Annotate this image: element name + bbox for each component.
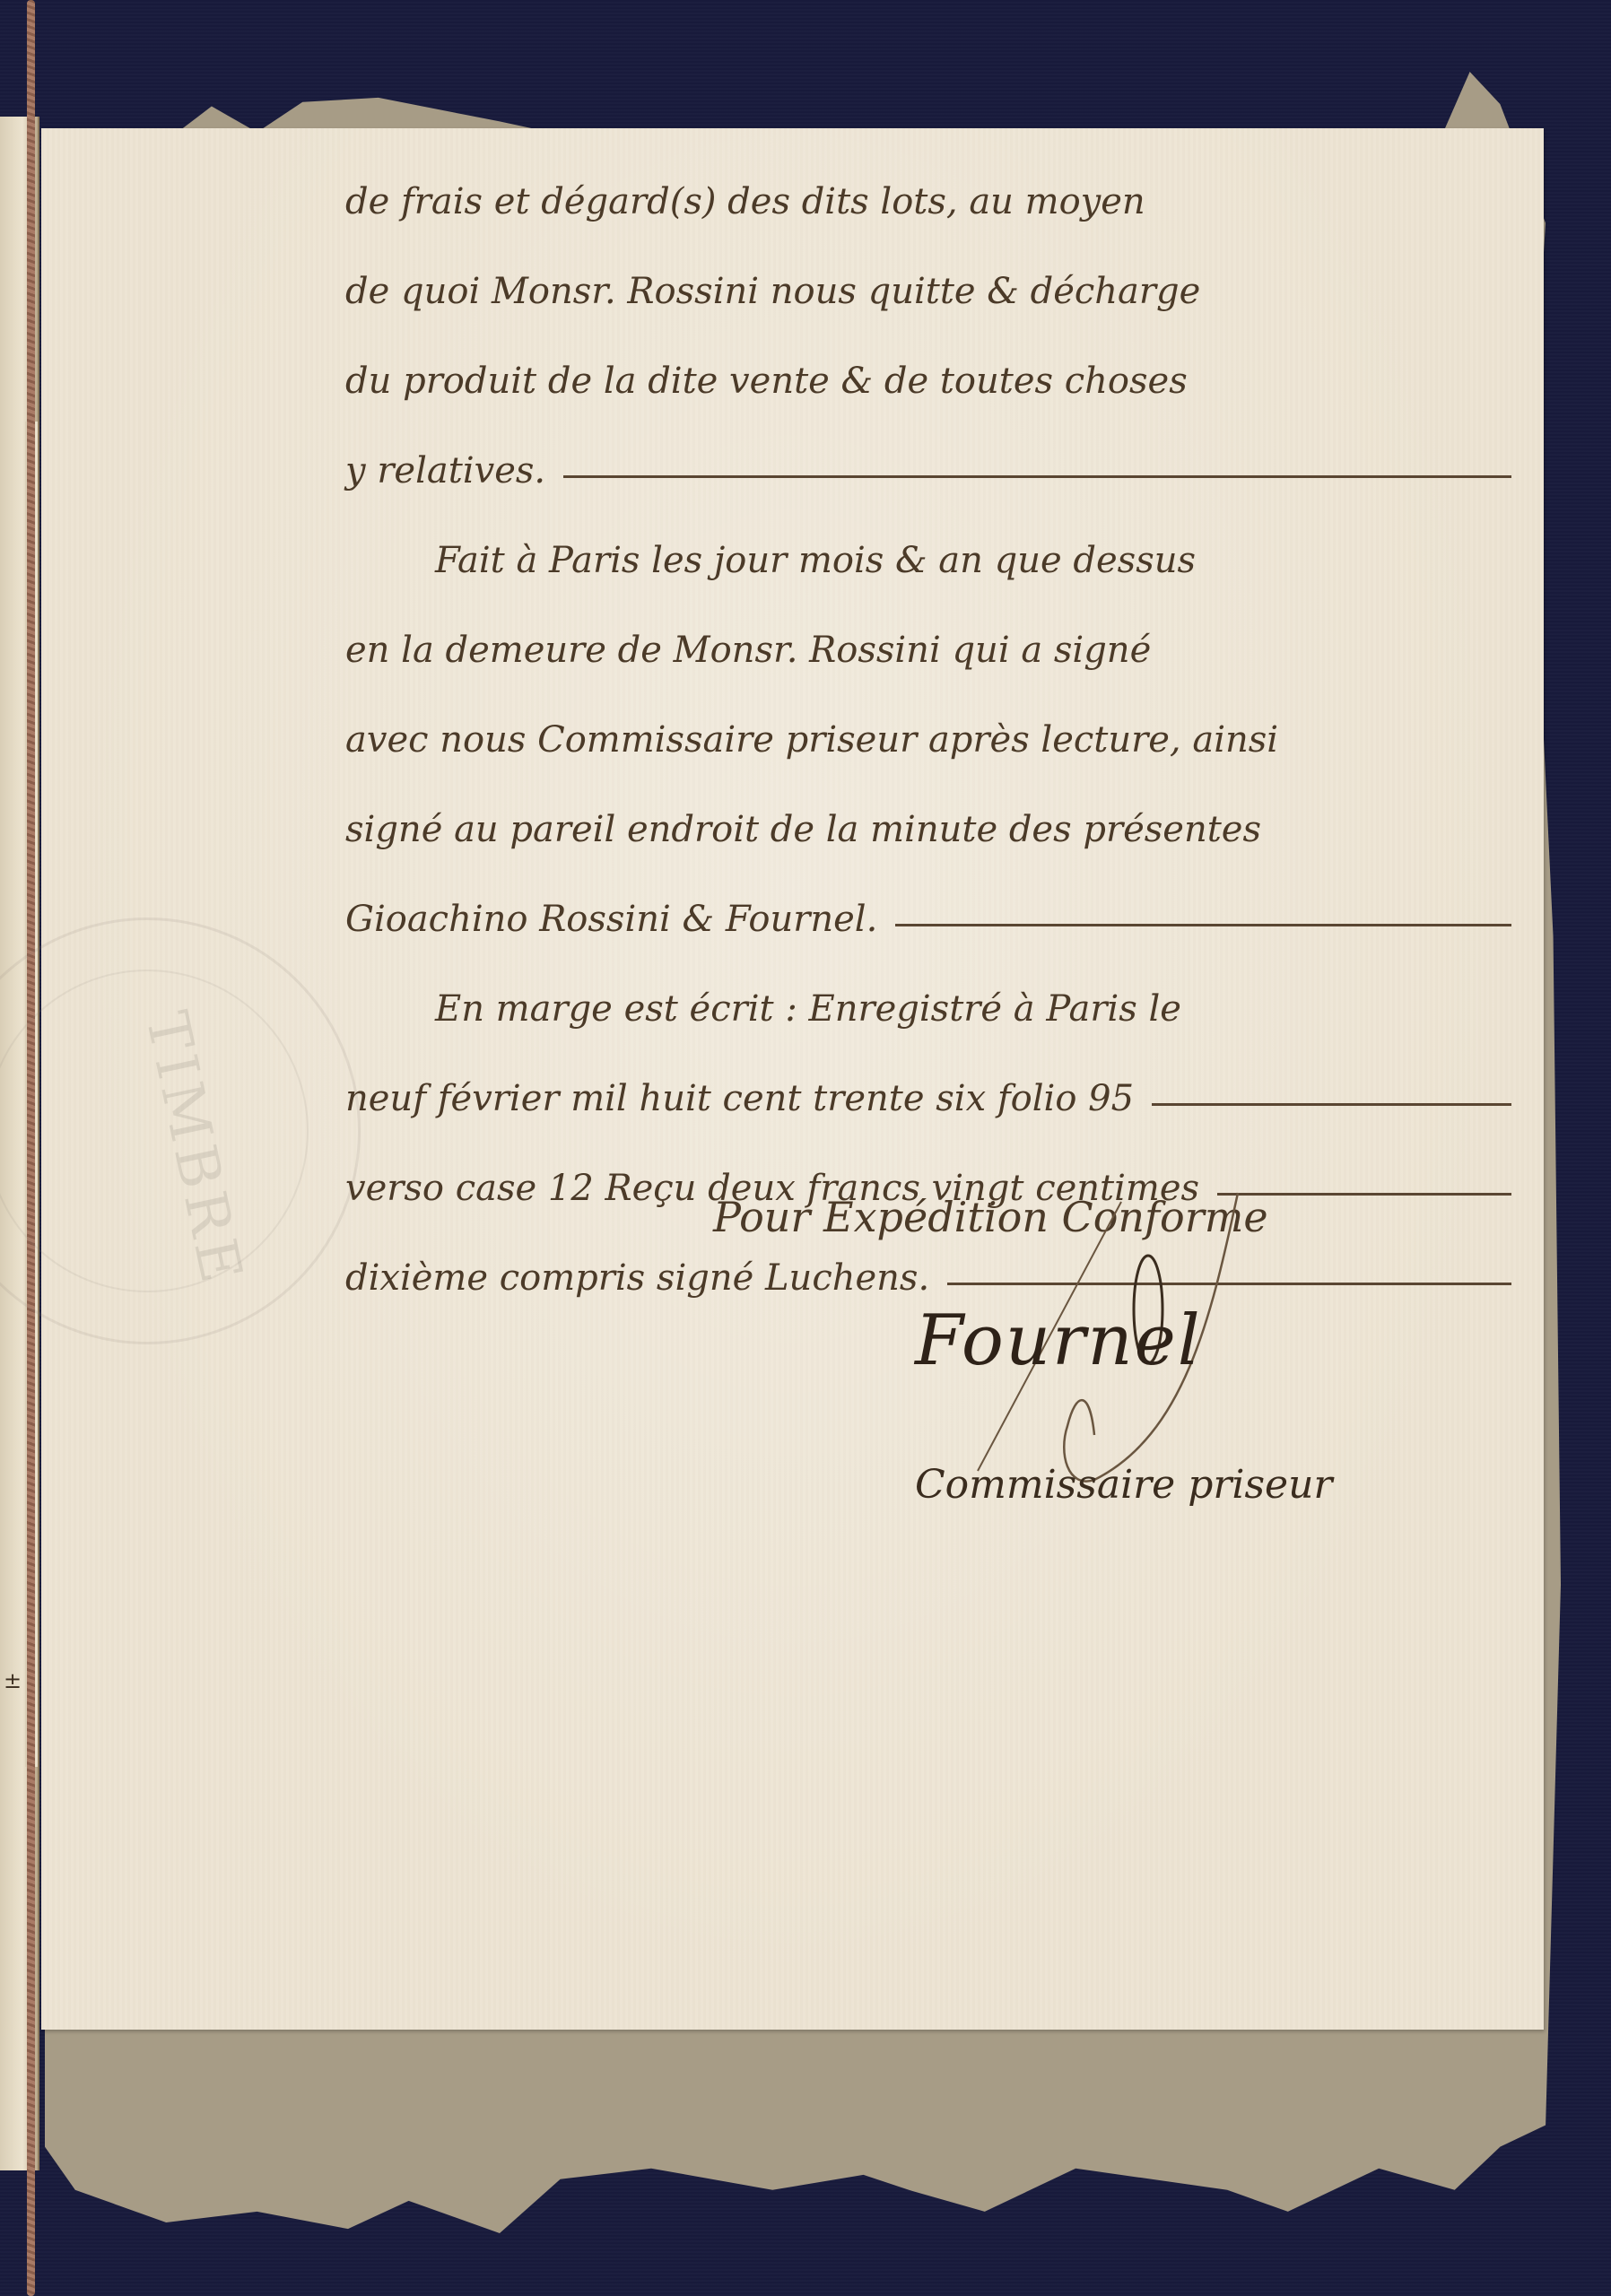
manuscript-line: de frais et dégard(s) des dits lots, au …	[345, 157, 1511, 247]
manuscript-line-text: dixième compris signé Luchens.	[345, 1233, 929, 1323]
line-filler-rule	[895, 924, 1511, 926]
manuscript-line: Fait à Paris les jour mois & an que dess…	[345, 516, 1511, 605]
manuscript-line-text: du produit de la dite vente & de toutes …	[345, 336, 1188, 426]
manuscript-line: y relatives.	[345, 426, 1511, 516]
manuscript-line: signé au pareil endroit de la minute des…	[345, 785, 1511, 874]
manuscript-line-text: avec nous Commissaire priseur après lect…	[345, 695, 1278, 785]
manuscript-line-text: de frais et dégard(s) des dits lots, au …	[345, 157, 1145, 247]
signature: Fournel	[915, 1300, 1202, 1381]
manuscript-line: de quoi Monsr. Rossini nous quitte & déc…	[345, 247, 1511, 336]
faded-stamp-icon: TIMBRE	[0, 918, 361, 1344]
manuscript-line: Gioachino Rossini & Fournel.	[345, 874, 1511, 964]
manuscript-line-text: Gioachino Rossini & Fournel.	[345, 874, 877, 964]
line-filler-rule	[563, 475, 1511, 478]
manuscript-line-text: en la demeure de Monsr. Rossini qui a si…	[345, 605, 1151, 695]
manuscript-line: avec nous Commissaire priseur après lect…	[345, 695, 1511, 785]
manuscript-line: du produit de la dite vente & de toutes …	[345, 336, 1511, 426]
manuscript-line: en la demeure de Monsr. Rossini qui a si…	[345, 605, 1511, 695]
manuscript-line: neuf février mil huit cent trente six fo…	[345, 1054, 1511, 1144]
scan-background: ± TIMBRE de frais et dégard(s) des dits …	[0, 0, 1611, 2296]
manuscript-line-text: de quoi Monsr. Rossini nous quitte & déc…	[345, 247, 1200, 336]
manuscript-line-text: neuf février mil huit cent trente six fo…	[345, 1054, 1134, 1144]
manuscript-body: de frais et dégard(s) des dits lots, au …	[345, 157, 1511, 1323]
manuscript-line-text: Fait à Paris les jour mois & an que dess…	[435, 516, 1196, 605]
manuscript-line-text: y relatives.	[345, 426, 545, 516]
margin-mark: ±	[4, 1668, 22, 1693]
stamp-text: TIMBRE	[132, 1006, 255, 1293]
line-filler-rule	[1152, 1103, 1511, 1106]
manuscript-line-text: signé au pareil endroit de la minute des…	[345, 785, 1261, 874]
signature-title: Commissaire priseur	[915, 1462, 1332, 1508]
manuscript-line: En marge est écrit : Enregistré à Paris …	[345, 964, 1511, 1054]
manuscript-line-text: En marge est écrit : Enregistré à Paris …	[435, 964, 1181, 1054]
